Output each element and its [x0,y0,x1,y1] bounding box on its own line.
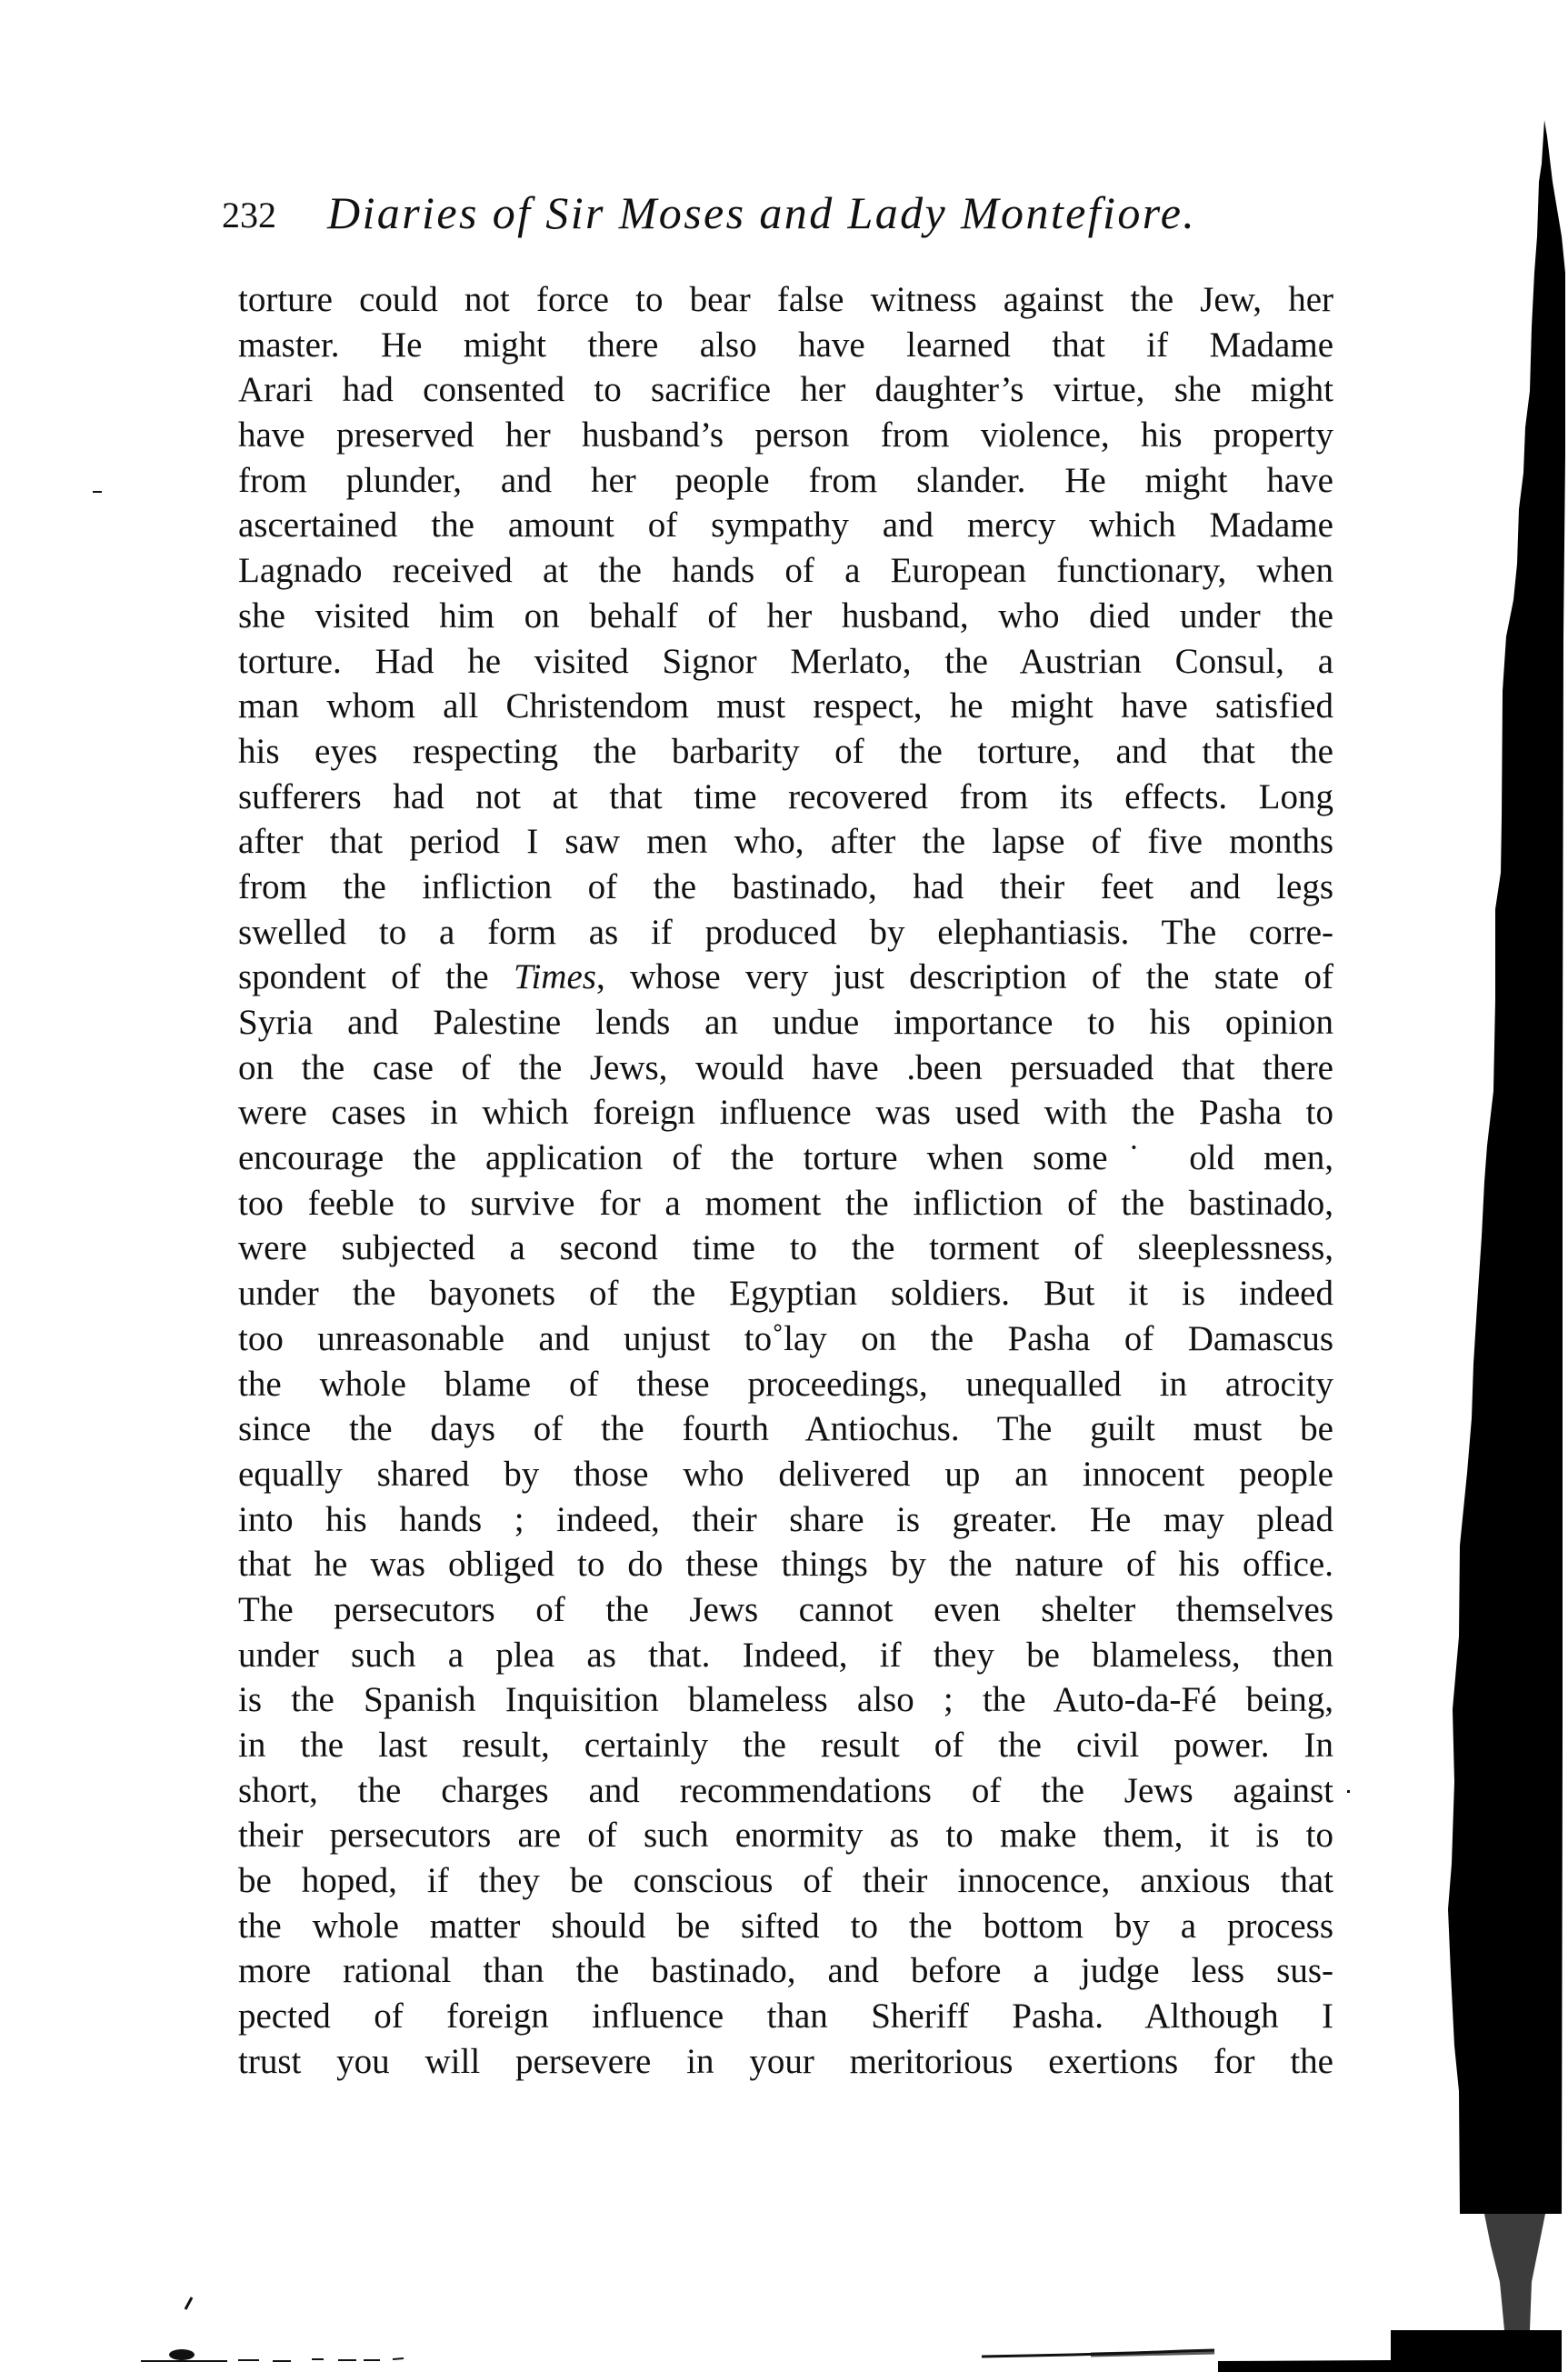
binding-shadow-band [1448,120,1565,2214]
text-segment: were subjected a second time to the torm… [238,1228,1333,1267]
text-segment: too unreasonable and unjust to˚lay on th… [238,1319,1333,1358]
text-segment: short, the charges and recommendations o… [238,1771,1333,1810]
text-line: Syria and Palestine lends an undue impor… [238,1000,1333,1046]
text-segment: torture. Had he visited Signor Merlato, … [238,642,1333,681]
text-segment: , whose very just description of the sta… [596,957,1333,996]
slash-mark [185,2297,192,2309]
text-line: from the infliction of the bastinado, ha… [238,865,1333,910]
bottom-left-blob [169,2349,195,2360]
text-line: on the case of the Jews, would have .bee… [238,1046,1333,1091]
text-segment: in the last result, certainly the result… [238,1726,1333,1765]
text-segment: ascertained the amount of sympathy and m… [238,505,1333,545]
text-line: into his hands ; indeed, their share is … [238,1497,1333,1543]
text-segment: sufferers had not at that time recovered… [238,777,1333,816]
text-line: more rational than the bastinado, and be… [238,1948,1333,1994]
text-segment: master. He might there also have learned… [238,325,1333,365]
margin-dash-mark [93,491,102,493]
text-segment: swelled to a form as if produced by elep… [238,913,1333,952]
text-line: man whom all Christendom must respect, h… [238,684,1333,729]
running-title: Diaries of Sir Moses and Lady Montefiore… [327,185,1196,240]
text-line: master. He might there also have learned… [238,323,1333,368]
text-segment: Lagnado received at the hands of a Europ… [238,551,1333,590]
bottom-right-scribble [982,2350,1214,2357]
text-segment: Syria and Palestine lends an undue impor… [238,1003,1333,1042]
text-segment: that he was obliged to do these things b… [238,1545,1333,1584]
body-text: torture could not force to bear false wi… [238,277,1333,2085]
text-line: is the Spanish Inquisition blameless als… [238,1677,1333,1723]
stray-dot-mark [1347,1790,1350,1793]
text-segment: since the days of the fourth Antiochus. … [238,1409,1333,1448]
text-segment: after that period I saw men who, after t… [238,822,1333,861]
text-line: that he was obliged to do these things b… [238,1542,1333,1587]
text-segment: more rational than the bastinado, and be… [238,1951,1333,1990]
text-line: ascertained the amount of sympathy and m… [238,503,1333,548]
text-line: were subjected a second time to the torm… [238,1226,1333,1271]
running-header: 232 Diaries of Sir Moses and Lady Montef… [0,182,1568,245]
text-line: pected of foreign influence than Sheriff… [238,1994,1333,2039]
text-segment: have preserved her husband’s person from… [238,415,1333,455]
text-segment: from the infliction of the bastinado, ha… [238,867,1333,906]
text-line: spondent of the Times, whose very just d… [238,955,1333,1000]
scanned-book-page: 232 Diaries of Sir Moses and Lady Montef… [0,0,1568,2372]
text-line: from plunder, and her people from slande… [238,458,1333,504]
text-segment: were cases in which foreign influence wa… [238,1093,1333,1132]
text-line: his eyes respecting the barbarity of the… [238,729,1333,775]
text-line: under such a plea as that. Indeed, if th… [238,1633,1333,1678]
text-line: torture could not force to bear false wi… [238,277,1333,323]
bottom-edge-shadow [1218,2330,1562,2372]
text-line: equally shared by those who delivered up… [238,1452,1333,1497]
text-segment: on the case of the Jews, would have .bee… [238,1048,1333,1087]
text-line: since the days of the fourth Antiochus. … [238,1406,1333,1452]
text-line: too feeble to survive for a moment the i… [238,1181,1333,1226]
text-segment: pected of foreign influence than Sheriff… [238,1997,1333,2036]
text-line: in the last result, certainly the result… [238,1723,1333,1768]
text-line: swelled to a form as if produced by elep… [238,910,1333,956]
text-line: after that period I saw men who, after t… [238,819,1333,865]
text-line: short, the charges and recommendations o… [238,1768,1333,1814]
text-line: the whole matter should be sifted to the… [238,1904,1333,1949]
text-segment: she visited him on behalf of her husband… [238,596,1333,636]
text-segment: torture could not force to bear false wi… [238,280,1333,319]
text-segment: trust you will persevere in your meritor… [238,2042,1333,2081]
text-segment: Arari had consented to sacrifice her dau… [238,370,1333,409]
text-line: Arari had consented to sacrifice her dau… [238,367,1333,413]
text-line: under the bayonets of the Egyptian soldi… [238,1271,1333,1316]
text-segment: from plunder, and her people from slande… [238,461,1333,500]
text-line: sufferers had not at that time recovered… [238,775,1333,820]
italic-title: Times [514,957,596,996]
text-line: encourage the application of the torture… [238,1136,1333,1181]
bottom-right-scribble-thick [1091,2352,1214,2355]
page-number: 232 [222,193,276,238]
text-line: too unreasonable and unjust to˚lay on th… [238,1316,1333,1362]
text-segment: the whole blame of these proceedings, un… [238,1365,1333,1404]
text-line: their persecutors are of such enormity a… [238,1813,1333,1858]
text-segment: too feeble to survive for a moment the i… [238,1184,1333,1223]
text-segment: The persecutors of the Jews cannot even … [238,1590,1333,1629]
text-line: the whole blame of these proceedings, un… [238,1362,1333,1407]
text-line: torture. Had he visited Signor Merlato, … [238,639,1333,685]
text-segment: under the bayonets of the Egyptian soldi… [238,1274,1333,1313]
text-segment: equally shared by those who delivered up… [238,1455,1333,1494]
text-line: she visited him on behalf of her husband… [238,594,1333,639]
text-segment: their persecutors are of such enormity a… [238,1816,1333,1855]
text-line: Lagnado received at the hands of a Europ… [238,548,1333,594]
text-line: trust you will persevere in your meritor… [238,2039,1333,2085]
text-line: were cases in which foreign influence wa… [238,1090,1333,1136]
text-segment: encourage the application of the torture… [238,1138,1333,1177]
text-line: be hoped, if they be conscious of their … [238,1858,1333,1904]
text-segment: the whole matter should be sifted to the… [238,1907,1333,1946]
text-segment: into his hands ; indeed, their share is … [238,1500,1333,1539]
text-segment: under such a plea as that. Indeed, if th… [238,1636,1333,1675]
text-segment: is the Spanish Inquisition blameless als… [238,1680,1333,1719]
bottom-left-scribble [141,2358,404,2361]
text-line: The persecutors of the Jews cannot even … [238,1587,1333,1633]
binding-shadow-funnel [1484,2214,1545,2330]
text-segment: his eyes respecting the barbarity of the… [238,732,1333,771]
text-segment: be hoped, if they be conscious of their … [238,1861,1333,1900]
text-line: have preserved her husband’s person from… [238,413,1333,458]
text-segment: man whom all Christendom must respect, h… [238,686,1333,726]
text-segment: spondent of the [238,957,514,996]
